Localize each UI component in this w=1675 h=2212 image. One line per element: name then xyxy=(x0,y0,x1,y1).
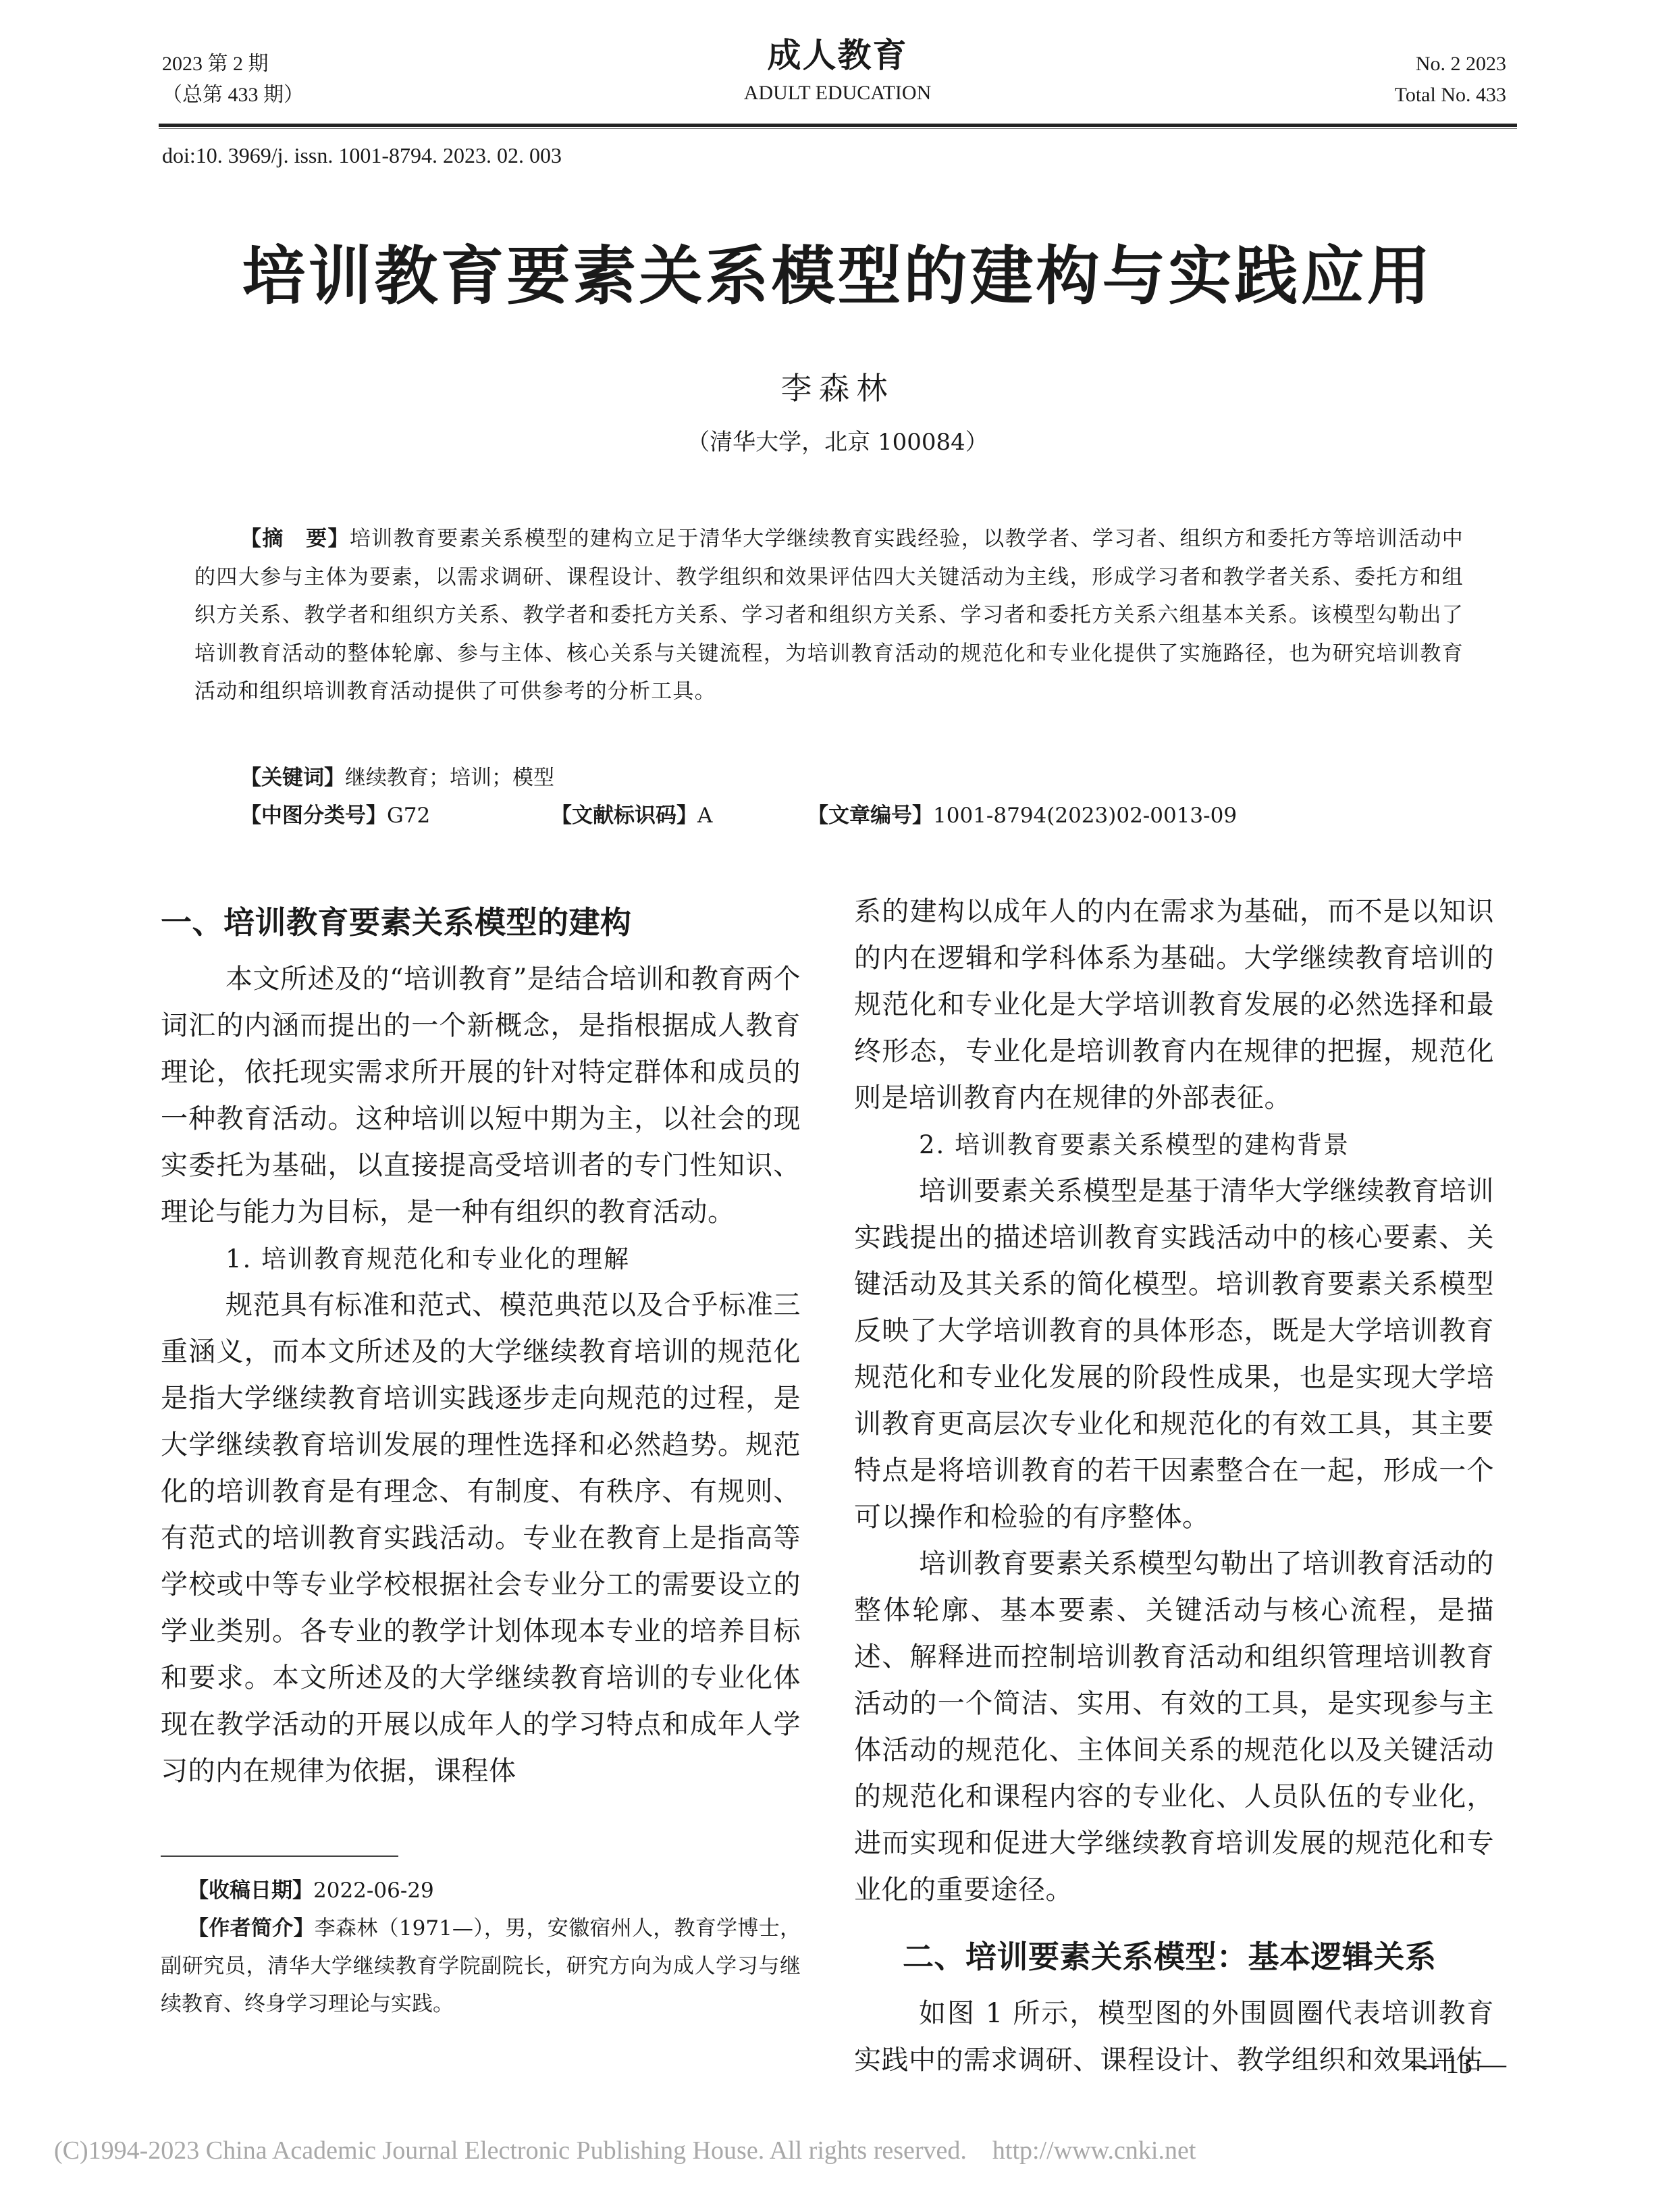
clc-label: 【中图分类号】 xyxy=(240,804,387,828)
author-name: 李森林 xyxy=(0,368,1675,409)
clc-value: G72 xyxy=(387,804,430,828)
page-number: — 13 — xyxy=(1412,2047,1506,2081)
subsection-heading-1: 1. 培训教育规范化和专业化的理解 xyxy=(161,1236,801,1282)
classification-row: 【中图分类号】G72 【文献标识码】A 【文章编号】1001-8794(2023… xyxy=(240,797,1523,835)
bio-label: 【作者简介】 xyxy=(188,1916,315,1941)
received-label: 【收稿日期】 xyxy=(188,1878,313,1903)
article-number-value: 1001-8794(2023)02-0013-09 xyxy=(933,804,1237,828)
keywords: 【关键词】继续教育；培训；模型 xyxy=(240,759,554,797)
article-number-field: 【文章编号】1001-8794(2023)02-0013-09 xyxy=(807,797,1237,835)
received-value: 2022-06-29 xyxy=(313,1878,434,1903)
clc-field: 【中图分类号】G72 xyxy=(240,797,551,835)
body-column-right: 系的建构以成年人的内在需求为基础，而不是以知识的内在逻辑和学科体系为基础。大学继… xyxy=(854,889,1494,2084)
paragraph: 规范具有标准和范式、模范典范以及合乎标准三重涵义，而本文所述及的大学继续教育培训… xyxy=(161,1282,801,1795)
footnote: 【收稿日期】2022-06-29 【作者简介】李森林（1971—），男，安徽宿州… xyxy=(161,1872,801,2023)
header-rule xyxy=(159,124,1517,127)
article-number-label: 【文章编号】 xyxy=(807,804,933,828)
subsection-heading-2: 2. 培训教育要素关系模型的建构背景 xyxy=(854,1122,1494,1168)
doc-code-value: A xyxy=(697,804,712,828)
paragraph: 如图 1 所示，模型图的外围圆圈代表培训教育实践中的需求调研、课程设计、教学组织… xyxy=(854,1991,1494,2084)
body-column-left: 一、培训教育要素关系模型的建构 本文所述及的“培训教育”是结合培训和教育两个词汇… xyxy=(161,889,801,1795)
keywords-text: 继续教育；培训；模型 xyxy=(345,766,554,790)
section-heading-1: 一、培训教育要素关系模型的建构 xyxy=(161,889,801,956)
author-bio: 【作者简介】李森林（1971—），男，安徽宿州人，教育学博士，副研究员，清华大学… xyxy=(161,1910,801,2023)
header-rule-thin xyxy=(159,128,1517,129)
issue-info-en: No. 2 2023 Total No. 433 xyxy=(1395,49,1506,111)
paragraph: 本文所述及的“培训教育”是结合培训和教育两个词汇的内涵而提出的一个新概念，是指根… xyxy=(161,956,801,1236)
section-heading-2: 二、培训要素关系模型：基本逻辑关系 xyxy=(854,1923,1494,1991)
total-issue-en: Total No. 433 xyxy=(1395,80,1506,111)
article-title: 培训教育要素关系模型的建构与实践应用 xyxy=(0,236,1675,317)
keywords-label: 【关键词】 xyxy=(240,766,345,790)
abstract-label: 【摘 要】 xyxy=(240,527,350,551)
abstract-text: 培训教育要素关系模型的建构立足于清华大学继续教育实践经验，以教学者、学习者、组织… xyxy=(194,527,1464,704)
copyright-notice: (C)1994-2023 China Academic Journal Elec… xyxy=(54,2134,1196,2167)
doc-code-field: 【文献标识码】A xyxy=(551,797,807,835)
doi[interactable]: doi:10. 3969/j. issn. 1001-8794. 2023. 0… xyxy=(162,140,562,170)
issue-number-en: No. 2 2023 xyxy=(1395,49,1506,80)
footnote-rule xyxy=(161,1855,398,1857)
received-date: 【收稿日期】2022-06-29 xyxy=(161,1872,801,1910)
doc-code-label: 【文献标识码】 xyxy=(551,804,697,828)
author-affiliation: （清华大学，北京 100084） xyxy=(0,427,1675,458)
paragraph: 培训要素关系模型是基于清华大学继续教育培训实践提出的描述培训教育实践活动中的核心… xyxy=(854,1168,1494,1541)
paragraph-continued: 系的建构以成年人的内在需求为基础，而不是以知识的内在逻辑和学科体系为基础。大学继… xyxy=(854,889,1494,1122)
paragraph: 培训教育要素关系模型勾勒出了培训教育活动的整体轮廓、基本要素、关键活动与核心流程… xyxy=(854,1541,1494,1914)
abstract: 【摘 要】培训教育要素关系模型的建构立足于清华大学继续教育实践经验，以教学者、学… xyxy=(194,520,1464,711)
